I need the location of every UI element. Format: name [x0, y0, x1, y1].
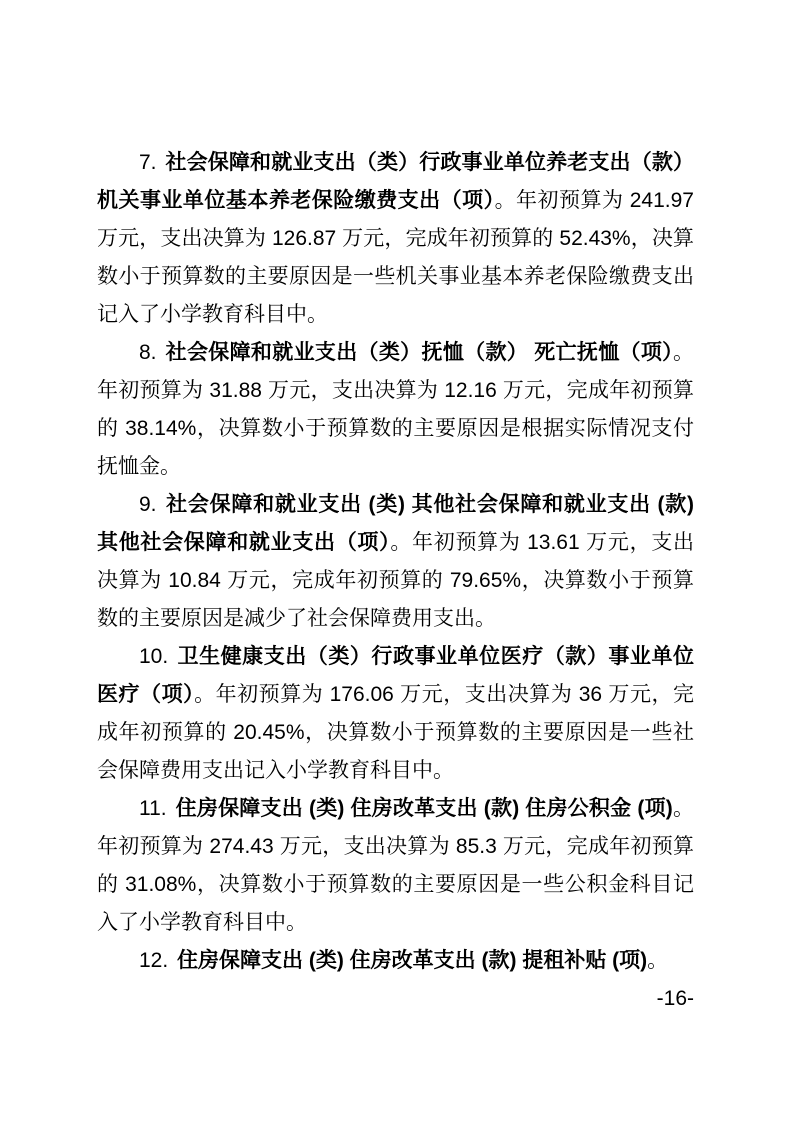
paragraph-number: 10. — [139, 645, 168, 668]
paragraph-heading: 社会保障和就业支出（类）抚恤（款） 死亡抚恤（项） — [165, 341, 673, 364]
paragraph-number: 7. — [139, 151, 157, 174]
paragraph-item-11: 11.住房保障支出 (类) 住房改革支出 (款) 住房公积金 (项)。年初预算为… — [97, 790, 694, 942]
paragraph-number: 9. — [139, 493, 157, 516]
paragraph-heading: 住房保障支出 (类) 住房改革支出 (款) 住房公积金 (项) — [175, 797, 672, 820]
paragraph-item-12: 12.住房保障支出 (类) 住房改革支出 (款) 提租补贴 (项)。 — [97, 942, 694, 980]
page-footer: -16- — [97, 984, 694, 1014]
text-block: 7.社会保障和就业支出（类）行政事业单位养老支出（款）机关事业单位基本养老保险缴… — [97, 144, 694, 980]
document-page: 7.社会保障和就业支出（类）行政事业单位养老支出（款）机关事业单位基本养老保险缴… — [0, 0, 794, 1122]
paragraph-number: 11. — [139, 797, 167, 820]
paragraph-body: 。 — [647, 949, 668, 972]
paragraph-number: 12. — [139, 949, 168, 972]
page-number: -16- — [657, 987, 694, 1010]
paragraph-item-7: 7.社会保障和就业支出（类）行政事业单位养老支出（款）机关事业单位基本养老保险缴… — [97, 144, 694, 334]
paragraph-heading: 住房保障支出 (类) 住房改革支出 (款) 提租补贴 (项) — [177, 949, 647, 972]
paragraph-number: 8. — [139, 341, 157, 364]
paragraph-item-9: 9.社会保障和就业支出 (类) 其他社会保障和就业支出 (款) 其他社会保障和就… — [97, 486, 694, 638]
paragraph-item-10: 10.卫生健康支出（类）行政事业单位医疗（款）事业单位医疗（项）。年初预算为 1… — [97, 638, 694, 790]
paragraph-item-8: 8.社会保障和就业支出（类）抚恤（款） 死亡抚恤（项）。年初预算为 31.88 … — [97, 334, 694, 486]
